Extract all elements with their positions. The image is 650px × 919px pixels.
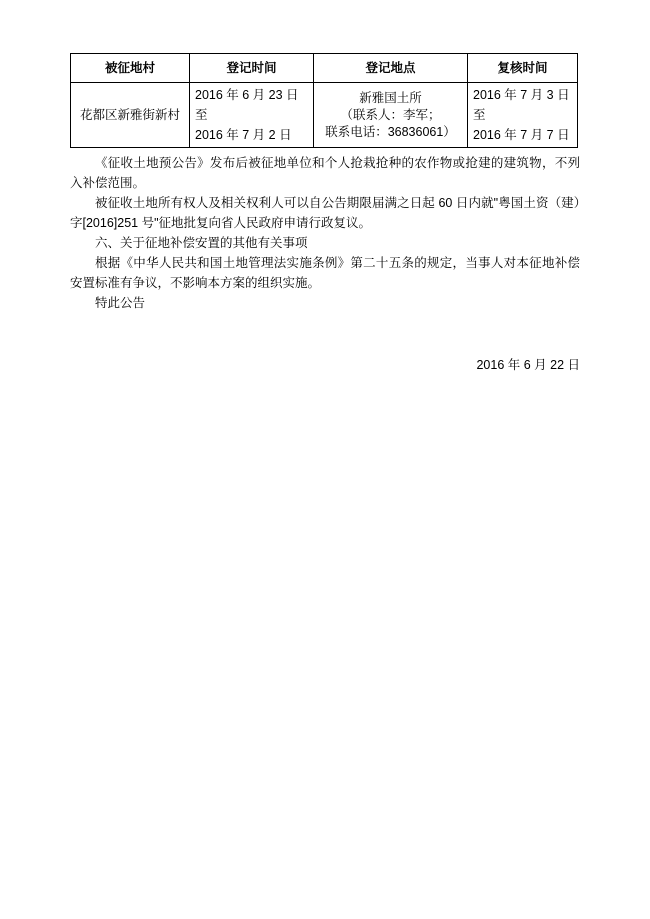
- table-row: 花都区新雅街新村 2016 年 6 月 23 日至 2016 年 7 月 2 日…: [71, 83, 578, 148]
- paragraph-hereby-announced: 特此公告: [70, 293, 580, 313]
- paragraph-crops-exclusion: 《征收土地预公告》发布后被征地单位和个人抢栽抢种的农作物或抢建的建筑物，不列入补…: [70, 153, 580, 193]
- section-heading-other-matters: 六、关于征地补偿安置的其他有关事项: [70, 233, 580, 253]
- paragraph-administrative-review-rights: 被征收土地所有权人及相关权利人可以自公告期限届满之日起 60 日内就"粤国土资（…: [70, 193, 580, 233]
- cell-review-time: 2016 年 7 月 3 日至 2016 年 7 月 7 日: [468, 83, 578, 148]
- cell-registration-place: 新雅国土所 （联系人：李军； 联系电话：36836061）: [314, 83, 468, 148]
- paragraph-regulation-basis: 根据《中华人民共和国土地管理法实施条例》第二十五条的规定，当事人对本征地补偿安置…: [70, 253, 580, 293]
- body-paragraphs: 《征收土地预公告》发布后被征地单位和个人抢栽抢种的农作物或抢建的建筑物，不列入补…: [70, 153, 580, 313]
- land-acquisition-table: 被征地村 登记时间 登记地点 复核时间 花都区新雅街新村 2016 年 6 月 …: [70, 53, 578, 148]
- cell-registration-time: 2016 年 6 月 23 日至 2016 年 7 月 2 日: [190, 83, 314, 148]
- cell-village: 花都区新雅街新村: [71, 83, 190, 148]
- table-header-row: 被征地村 登记时间 登记地点 复核时间: [71, 54, 578, 83]
- table-header-review-time: 复核时间: [468, 54, 578, 83]
- table-header-registration-place: 登记地点: [314, 54, 468, 83]
- table-header-village: 被征地村: [71, 54, 190, 83]
- announcement-date: 2016 年 6 月 22 日: [70, 355, 580, 375]
- document-content: 被征地村 登记时间 登记地点 复核时间 花都区新雅街新村 2016 年 6 月 …: [70, 53, 580, 375]
- table-header-registration-time: 登记时间: [190, 54, 314, 83]
- document-page: 被征地村 登记时间 登记地点 复核时间 花都区新雅街新村 2016 年 6 月 …: [0, 0, 650, 919]
